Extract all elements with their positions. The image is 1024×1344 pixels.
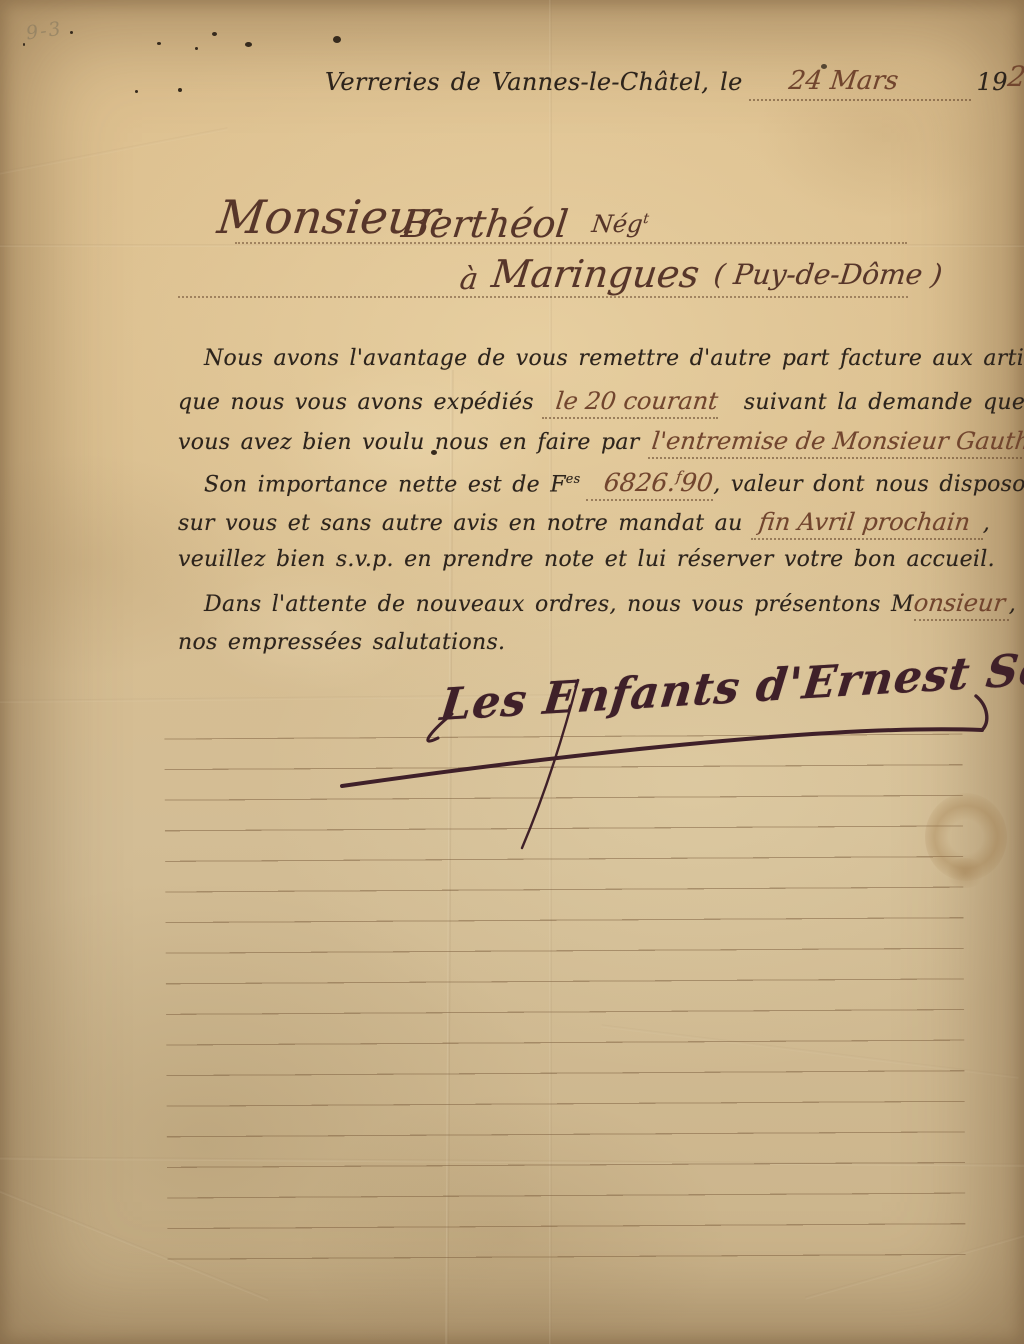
printed-text: suivant la demande que xyxy=(744,390,1024,415)
body-line-5: sur vous et sans autre avis en notre man… xyxy=(178,508,990,540)
ink-speck xyxy=(212,32,217,36)
corner-crease xyxy=(0,127,228,180)
printed-text: Nous avons l'avantage de vous remettre d… xyxy=(204,346,1024,371)
fill-in-shipment-date: le 20 courant xyxy=(542,387,718,419)
ink-speck xyxy=(157,42,161,45)
ink-speck xyxy=(178,88,182,92)
printed-text: Dans l'attente de nouveaux ordres, nous … xyxy=(204,592,914,617)
signature-block: Les Enfants d'Ernest Schmid xyxy=(322,636,1012,866)
printed-currency-sup: es xyxy=(566,472,581,487)
date-fill-line: 24 Mars xyxy=(749,67,971,101)
ink-speck xyxy=(135,90,138,93)
body-line-3: vous avez bien voulu nous en faire par l… xyxy=(178,427,990,459)
fill-in-payment-term: fin Avril prochain xyxy=(751,508,983,540)
fill-in-intermediary: l'entremise de Monsieur Gautheron xyxy=(648,427,1024,459)
body-line-1: Nous avons l'avantage de vous remettre d… xyxy=(178,346,1016,378)
handwritten-intermediary: l'entremise de Monsieur Gautheron xyxy=(646,427,1024,455)
ink-speck xyxy=(333,36,341,43)
body-line-4: Son importance nette est de Fes 6826.f90… xyxy=(178,468,1016,500)
printed-text: sur vous et sans autre avis en notre man… xyxy=(178,511,743,536)
fill-in-salutation: onsieur xyxy=(914,589,1009,621)
amount-integer: 6826. xyxy=(603,468,678,497)
handwritten-year: 25 xyxy=(1006,60,1024,93)
handwritten-amount: 6826.f90 xyxy=(585,468,715,497)
handwritten-salutation-suffix: onsieur xyxy=(912,589,1006,617)
ink-speck xyxy=(245,42,252,47)
pencil-mark: 9-3 xyxy=(25,18,64,45)
body-line-6: veuillez bien s.v.p. en prendre note et … xyxy=(178,547,990,579)
address-rule-line xyxy=(178,268,908,298)
ink-speck xyxy=(70,31,73,34)
printed-currency: Son importance nette est de F xyxy=(204,472,566,497)
amount-decimal: 90 xyxy=(680,468,715,497)
letter-page: 9-3 Verreries de Vannes-le-Châtel, le 24… xyxy=(0,0,1024,1344)
body-line-7: Dans l'attente de nouveaux ordres, nous … xyxy=(178,589,1016,621)
address-rule-line xyxy=(235,214,907,244)
printed-text: Son importance nette est de Fes xyxy=(204,472,580,497)
printed-text: , xyxy=(1009,592,1016,617)
printed-year-prefix: 19 xyxy=(977,68,1008,96)
body-line-2: que nous vous avons expédiés le 20 coura… xyxy=(178,387,990,419)
handwritten-date: 24 Mars xyxy=(747,66,900,96)
letterhead: Verreries de Vannes-le-Châtel, le 24 Mar… xyxy=(325,64,1024,101)
printed-text: veuillez bien s.v.p. en prendre note et … xyxy=(178,547,995,572)
printed-text: que nous vous avons expédiés xyxy=(178,390,534,415)
fill-in-amount: 6826.f90 xyxy=(586,468,713,501)
handwritten-shipment-date: le 20 courant xyxy=(540,387,719,415)
printed-text: vous avez bien voulu nous en faire par xyxy=(178,430,640,455)
ink-speck xyxy=(195,47,198,50)
printed-text: , xyxy=(983,511,990,536)
ink-speck xyxy=(23,43,25,46)
handwritten-payment-term: fin Avril prochain xyxy=(749,508,972,536)
letterhead-printed-text: Verreries de Vannes-le-Châtel, le xyxy=(325,68,743,96)
printed-text: , valeur dont nous disposons xyxy=(713,472,1024,497)
